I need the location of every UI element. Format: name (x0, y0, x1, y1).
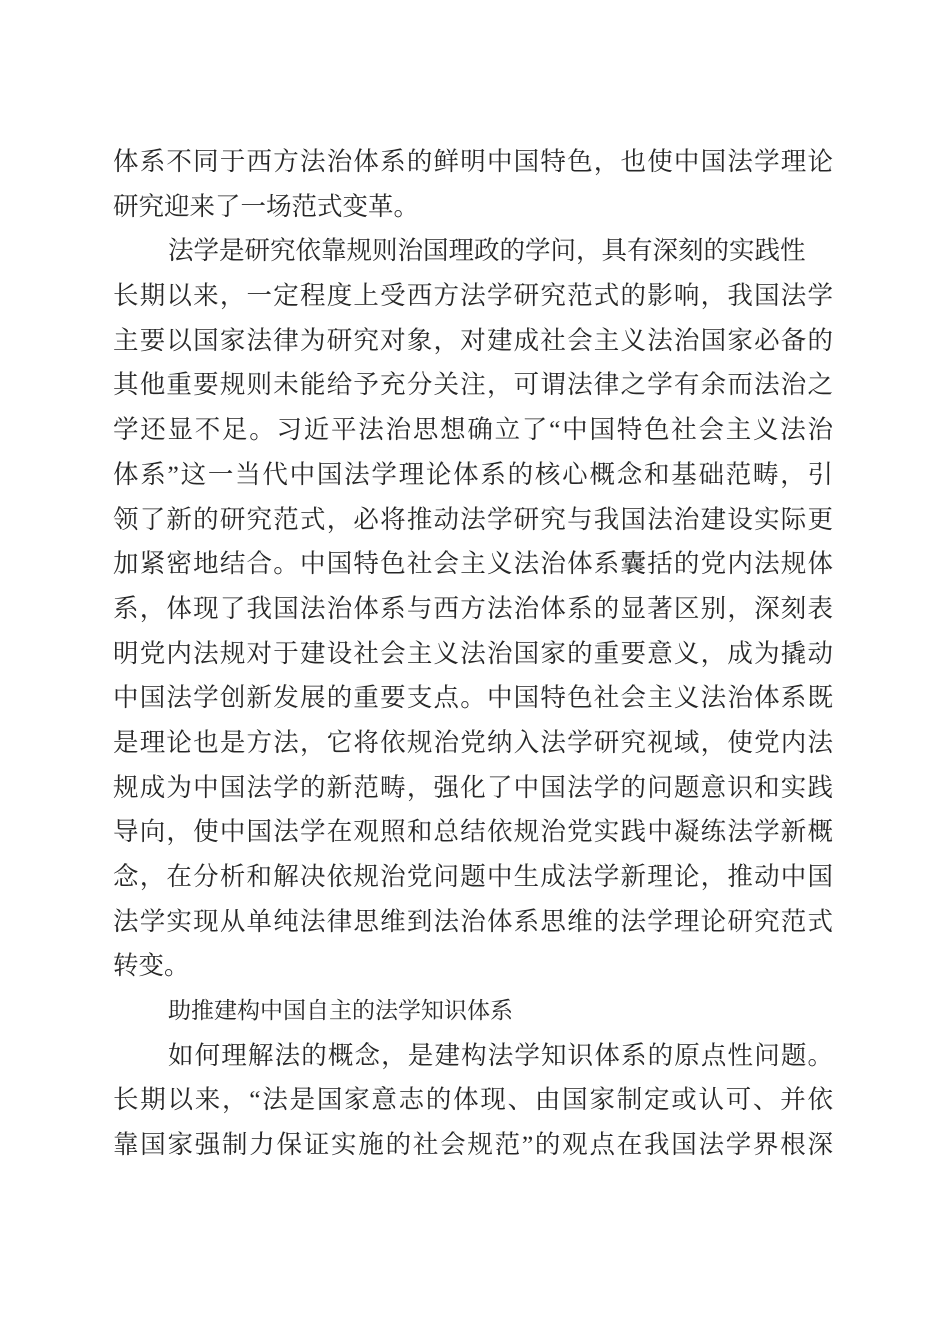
heading-line: 助推建构中国自主的法学知识体系 (113, 989, 833, 1034)
text-line: 长期以来，“法是国家意志的体现、由国家制定或认可、并依 (113, 1078, 833, 1123)
text-line: 法学是研究依靠规则治国理政的学问，具有深刻的实践性 (113, 229, 833, 274)
text-line: 法学实现从单纯法律思维到法治体系思维的法学理论研究范式 (113, 900, 833, 945)
paragraph: 法学是研究依靠规则治国理政的学问，具有深刻的实践性长期以来，一定程度上受西方法学… (113, 229, 833, 989)
text-line: 系，体现了我国法治体系与西方法治体系的显著区别，深刻表 (113, 587, 833, 632)
text-line: 研究迎来了一场范式变革。 (113, 185, 833, 230)
document-page: 体系不同于西方法治体系的鲜明中国特色，也使中国法学理论研究迎来了一场范式变革。法… (0, 0, 950, 1344)
paragraph: 如何理解法的概念，是建构法学知识体系的原点性问题。长期以来，“法是国家意志的体现… (113, 1034, 833, 1168)
text-line: 学还显不足。习近平法治思想确立了“中国特色社会主义法治 (113, 408, 833, 453)
text-line: 体系不同于西方法治体系的鲜明中国特色，也使中国法学理论 (113, 140, 833, 185)
text-line: 主要以国家法律为研究对象，对建成社会主义法治国家必备的 (113, 319, 833, 364)
text-line: 规成为中国法学的新范畴，强化了中国法学的问题意识和实践 (113, 766, 833, 811)
text-line: 念，在分析和解决依规治党问题中生成法学新理论，推动中国 (113, 855, 833, 900)
text-line: 体系”这一当代中国法学理论体系的核心概念和基础范畴，引 (113, 453, 833, 498)
paragraph: 体系不同于西方法治体系的鲜明中国特色，也使中国法学理论研究迎来了一场范式变革。 (113, 140, 833, 229)
text-line: 转变。 (113, 944, 833, 989)
text-line: 靠国家强制力保证实施的社会规范”的观点在我国法学界根深 (113, 1123, 833, 1168)
section-heading: 助推建构中国自主的法学知识体系 (113, 989, 833, 1034)
text-line: 明党内法规对于建设社会主义法治国家的重要意义，成为撬动 (113, 632, 833, 677)
text-column: 体系不同于西方法治体系的鲜明中国特色，也使中国法学理论研究迎来了一场范式变革。法… (113, 140, 833, 1168)
text-line: 中国法学创新发展的重要支点。中国特色社会主义法治体系既 (113, 676, 833, 721)
text-line: 其他重要规则未能给予充分关注，可谓法律之学有余而法治之 (113, 363, 833, 408)
text-line: 领了新的研究范式，必将推动法学研究与我国法治建设实际更 (113, 498, 833, 543)
text-line: 加紧密地结合。中国特色社会主义法治体系囊括的党内法规体 (113, 542, 833, 587)
text-line: 长期以来，一定程度上受西方法学研究范式的影响，我国法学 (113, 274, 833, 319)
text-line: 导向，使中国法学在观照和总结依规治党实践中凝练法学新概 (113, 810, 833, 855)
text-line: 是理论也是方法，它将依规治党纳入法学研究视域，使党内法 (113, 721, 833, 766)
text-line: 如何理解法的概念，是建构法学知识体系的原点性问题。 (113, 1034, 833, 1079)
